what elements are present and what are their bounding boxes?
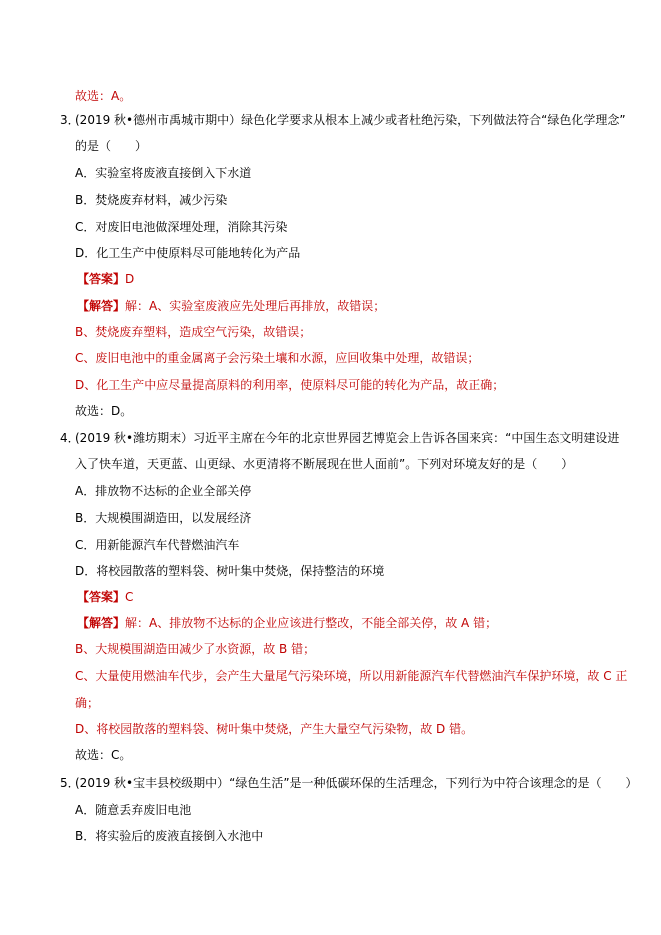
conclusion: 故选：C。	[75, 747, 131, 763]
analysis-line: D、化工生产中应尽量提高原料的利用率，使原料尽可能的转化为产品，故正确；	[75, 377, 504, 393]
answer: 【答案】D	[77, 271, 134, 287]
answer-value: D	[125, 272, 134, 286]
analysis-line: B、焚烧废弃塑料，造成空气污染，故错误；	[75, 324, 311, 340]
option-b: B．大规模围湖造田，以发展经济	[75, 510, 251, 526]
option-c: C．用新能源汽车代替燃油汽车	[75, 537, 239, 553]
option-b: B．焚烧废弃材料，减少污染	[75, 192, 227, 208]
option-d: D．化工生产中使原料尽可能地转化为产品	[75, 245, 300, 261]
question-stem-cont: 入了快车道，天更蓝、山更绿、水更清将不断展现在世人面前”。下列对环境友好的是（ …	[75, 456, 573, 472]
analysis-line: 确；	[75, 695, 99, 711]
question-stem: (2019 秋•潍坊期末）习近平主席在今年的北京世界园艺博览会上告诉各国来宾：“…	[75, 430, 619, 446]
option-b: B．将实验后的废液直接倒入水池中	[75, 828, 263, 844]
answer-label: 【答案】	[77, 590, 125, 604]
prev-conclusion: 故选：A。	[75, 88, 131, 104]
question-stem: (2019 秋•宝丰县校级期中）“绿色生活”是一种低碳环保的生活理念，下列行为中…	[75, 775, 638, 791]
answer-value: C	[125, 590, 133, 604]
question-stem: (2019 秋•德州市禹城市期中）绿色化学要求从根本上减少或者杜绝污染，下列做法…	[75, 112, 626, 128]
answer-label: 【答案】	[77, 272, 125, 286]
option-c: C．对废旧电池做深埋处理，消除其污染	[75, 219, 287, 235]
analysis-label: 【解答】	[77, 616, 125, 630]
option-a: A．实验室将废液直接倒入下水道	[75, 165, 251, 181]
analysis-line: C、废旧电池中的重金属离子会污染土壤和水源，应回收集中处理，故错误；	[75, 350, 479, 366]
analysis-line: 【解答】解：A、实验室废液应先处理后再排放，故错误；	[77, 298, 385, 314]
answer: 【答案】C	[77, 589, 133, 605]
analysis-label: 【解答】	[77, 299, 125, 313]
question-stem-cont: 的是（ ）	[75, 138, 147, 154]
conclusion: 故选：D。	[75, 403, 132, 419]
option-a: A．排放物不达标的企业全部关停	[75, 483, 251, 499]
option-d: D．将校园散落的塑料袋、树叶集中焚烧，保持整洁的环境	[75, 563, 384, 579]
analysis-line: 【解答】解：A、排放物不达标的企业应该进行整改，不能全部关停，故 A 错；	[77, 615, 497, 631]
analysis-line: D、将校园散落的塑料袋、树叶集中焚烧，产生大量空气污染物，故 D 错。	[75, 721, 473, 737]
analysis-line: B、大规模围湖造田减少了水资源，故 B 错；	[75, 641, 315, 657]
option-a: A．随意丢弃废旧电池	[75, 802, 191, 818]
analysis-line: C、大量使用燃油车代步，会产生大量尾气污染环境，所以用新能源汽车代替燃油汽车保护…	[75, 668, 627, 684]
